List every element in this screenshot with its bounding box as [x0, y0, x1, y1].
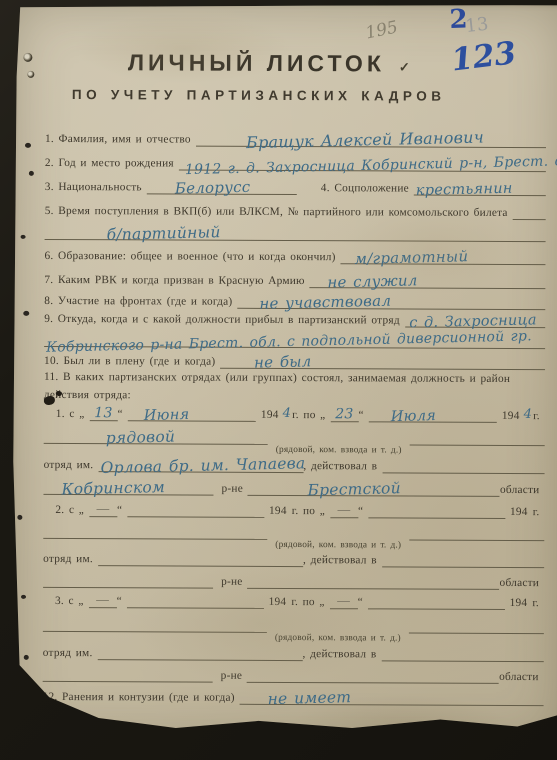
field-line: [410, 430, 545, 447]
paper-speck: [23, 311, 29, 316]
field-line: Июня: [128, 405, 256, 422]
field-row-origin-line2: Кобринского р-на Брест. обл. с подпольно…: [44, 330, 545, 349]
field-row-nationality-social: 3. Национальность Белорусс 4. Соцположен…: [45, 177, 546, 196]
field-line: [43, 666, 213, 683]
field-line: Брестской: [248, 480, 500, 497]
printed-year: 194: [264, 596, 292, 609]
quote-close: “: [358, 596, 368, 609]
entry3-prefix: 3. с „: [55, 595, 89, 608]
field-line: не был: [220, 353, 545, 370]
field-label-nationality: 3. Национальность: [45, 181, 147, 194]
field-line: не учавствовал: [237, 293, 545, 310]
handwritten-rvk: не служил: [328, 271, 419, 291]
blank-day-dash: —: [330, 594, 358, 609]
field-row-rvk: 7. Каким РВК и когда призван в Красную А…: [44, 270, 545, 289]
paper-speck: [25, 143, 31, 148]
field-line: [513, 204, 546, 220]
paper-speck: [21, 595, 26, 599]
field-label-captivity: 10. Был ли в плену (где и когда): [44, 355, 220, 369]
printed-year: 194: [505, 597, 533, 610]
field-line: Бращук Алексей Иванович: [196, 131, 546, 149]
handwritten-birth: 1912 г. д. Захросница Кобринский р-н, Бр…: [185, 153, 557, 178]
handwritten-rank: рядовой: [106, 428, 176, 448]
handwritten-name: Бращук Алексей Иванович: [246, 128, 484, 153]
blank-day-dash: —: [89, 593, 117, 608]
entry1-prefix: 1. с „: [56, 408, 90, 421]
printed-year-suffix: г.: [533, 410, 545, 423]
rank-hint-caption: (рядовой, ком. взвода и т. д.): [267, 633, 409, 644]
quote-close: “: [358, 505, 368, 518]
printed-po: г. по „: [292, 505, 330, 518]
field-line: [248, 573, 500, 590]
printed-po: г. по „: [291, 596, 329, 609]
field-line: крестьянин: [414, 180, 546, 197]
field-row-education: 6. Образование: общее и военное (что и к…: [44, 246, 545, 265]
field-line: Орлова бр. им. Чапаева: [98, 456, 303, 473]
field-label-social: 4. Соцположение: [297, 182, 414, 196]
field-row-captivity: 10. Был ли в плену (где и когда) не был: [44, 351, 545, 370]
document-paper: 195 13 2 123 ЛИЧНЫЙ ЛИСТОК✓ ПО УЧЕТУ ПАР…: [10, 3, 557, 745]
district-label: р-не: [213, 483, 248, 496]
printed-year: 194: [497, 410, 525, 423]
field-line: [409, 618, 544, 635]
punch-hole: [23, 53, 32, 62]
blank-day-dash: —: [89, 502, 117, 517]
field-row-party: 5. Время поступления в ВКП(б) или ВЛКСМ,…: [45, 201, 546, 220]
field-label-rvk: 7. Каким РВК и когда призван в Красную А…: [44, 274, 309, 288]
field-row-birth: 2. Год и место рождения 1912 г. д. Захро…: [45, 153, 546, 172]
pencil-annotation: 195: [364, 17, 400, 43]
unit-acted-label: , действовал в: [303, 460, 382, 473]
entry2-dates-row: 2. с „ — “ 194 г. по „ — “ 194 г.: [55, 500, 544, 519]
field-line: Июля: [369, 406, 497, 423]
field-label-origin: 9. Откуда, когда и с какой должности при…: [44, 313, 405, 328]
field-label-party: 5. Время поступления в ВКП(б) или ВЛКСМ,…: [45, 205, 513, 220]
field-row-wounds: 12. Ранения и контузии (где и когда) не …: [43, 687, 544, 706]
blue-ink-index: 2: [449, 4, 468, 35]
page-title: ЛИЧНЫЙ ЛИСТОК✓: [13, 49, 524, 78]
handwritten-unit: Орлова бр. им. Чапаева: [100, 454, 305, 477]
paper-speck: [29, 171, 34, 176]
entry3-unit-row: отряд им. , действовал в: [43, 643, 544, 662]
printed-year-suffix: г.: [532, 597, 544, 610]
field-row-name: 1. Фамилия, имя и отчество Бращук Алексе…: [45, 129, 546, 148]
handwritten-year-digit: 4: [283, 406, 292, 422]
field-row-party-value: б/партийный: [45, 223, 546, 242]
page-title-text: ЛИЧНЫЙ ЛИСТОК: [128, 49, 385, 76]
district-label: р-не: [213, 670, 248, 683]
field-line: не служил: [310, 272, 546, 289]
entry2-rank-row: (рядовой, ком. взвода и т. д.): [43, 522, 544, 541]
field-label-birth: 2. Год и место рождения: [45, 157, 179, 171]
field-line: 1912 г. д. Захросница Кобринский р-н, Бр…: [179, 155, 546, 173]
paper-speck: [21, 235, 26, 239]
field-line: [98, 644, 303, 661]
paper-speck: [17, 515, 22, 520]
field-line: б/партийный: [45, 224, 546, 242]
field-line: [381, 645, 543, 662]
field-line: Кобринском: [43, 479, 213, 496]
printed-year: 194: [264, 505, 292, 518]
page-subtitle: ПО УЧЕТУ ПАРТИЗАНСКИХ КАДРОВ: [13, 87, 504, 104]
entry2-prefix: 2. с „: [55, 504, 89, 517]
field-line: [382, 457, 544, 474]
entry1-unit-row: отряд им. Орлова бр. им. Чапаева , дейст…: [44, 455, 545, 474]
field-label-fronts: 8. Участие на фронтах (где и когда): [44, 295, 237, 309]
unit-prefix: отряд им.: [43, 553, 98, 566]
field-line: не имеет: [240, 689, 544, 706]
field-line: Белорусс: [147, 178, 297, 195]
handwritten-nationality: Белорусс: [175, 178, 251, 198]
handwritten-to-month: Июля: [391, 408, 437, 425]
handwritten-district: Кобринском: [61, 478, 165, 498]
oblast-label: области: [500, 577, 545, 590]
entry2-unit-row: отряд им. , действовал в: [43, 549, 544, 568]
field-line: [43, 523, 267, 540]
quote-close: “: [358, 409, 368, 422]
district-label: р-не: [213, 576, 248, 589]
entry3-rank-row: (рядовой, ком. взвода и т. д.): [43, 615, 544, 634]
entry1-dates-row: 1. с „ 13 “ Июня 194 4 г. по „ 23 “ Июля…: [56, 404, 545, 423]
field-label-education: 6. Образование: общее и военное (что и к…: [44, 250, 340, 264]
field-line: [368, 593, 505, 610]
handwritten-party: б/партийный: [106, 223, 220, 244]
field-line: Кобринского р-на Брест. обл. с подпольно…: [44, 331, 545, 349]
field-label-units: 11. В каких партизанских отрядах (или гр…: [44, 369, 543, 406]
printed-po: г. по „: [292, 409, 330, 422]
paper-speck: [24, 655, 29, 660]
handwritten-from-day: 13: [89, 406, 117, 421]
field-line: рядовой: [44, 428, 268, 445]
printed-year-suffix: г.: [533, 506, 545, 519]
field-line: [43, 616, 267, 633]
quote-close: “: [117, 408, 127, 421]
field-line: [368, 502, 505, 519]
printed-year: 194: [256, 409, 284, 422]
field-row-origin: 9. Откуда, когда и с какой должности при…: [44, 309, 545, 328]
field-line: [127, 592, 264, 609]
handwritten-captivity: не был: [254, 352, 312, 371]
unit-acted-label: , действовал в: [303, 554, 382, 567]
field-line: м/грамотный: [341, 248, 546, 265]
handwritten-education: м/грамотный: [355, 247, 469, 268]
printed-year: 194: [505, 506, 533, 519]
entry3-district-row: р-не области: [43, 665, 544, 684]
field-label-name: 1. Фамилия, имя и отчество: [45, 133, 196, 147]
field-line: [43, 572, 213, 589]
entry1-rank-row: рядовой (рядовой, ком. взвода и т. д.): [44, 427, 545, 446]
handwritten-year-digit: 4: [524, 407, 533, 423]
handwritten-social: крестьянин: [416, 181, 513, 199]
field-line: [409, 525, 544, 542]
rank-hint-caption: (рядовой, ком. взвода и т. д.): [267, 540, 409, 551]
field-line: [98, 550, 303, 567]
entry1-district-row: Кобринском р-не Брестской области: [43, 478, 544, 497]
blank-day-dash: —: [330, 503, 358, 518]
pencil-faint-annotation: 13: [465, 14, 490, 37]
field-row-fronts: 8. Участие на фронтах (где и когда) не у…: [44, 291, 545, 310]
field-line: [127, 501, 264, 518]
oblast-label: области: [500, 484, 545, 497]
entry3-dates-row: 3. с „ — “ 194 г. по „ — “ 194 г.: [55, 591, 544, 610]
field-label-wounds: 12. Ранения и контузии (где и когда): [43, 691, 240, 705]
handwritten-wounds: не имеет: [268, 688, 352, 708]
quote-close: “: [117, 595, 127, 608]
entry2-district-row: р-не области: [43, 571, 544, 590]
unit-prefix: отряд им.: [43, 647, 98, 660]
punch-hole: [27, 71, 34, 78]
quote-close: “: [117, 504, 127, 517]
unit-prefix: отряд им.: [44, 459, 99, 472]
field-line: с д. Захросница: [405, 312, 545, 329]
handwritten-from-month: Июня: [144, 407, 190, 424]
field-line: [382, 551, 544, 568]
handwritten-to-day: 23: [330, 407, 358, 422]
check-mark-annotation: ✓: [399, 59, 410, 74]
handwritten-oblast: Брестской: [308, 479, 402, 499]
unit-acted-label: , действовал в: [303, 648, 382, 661]
field-line: [247, 667, 499, 684]
oblast-label: области: [499, 671, 544, 684]
